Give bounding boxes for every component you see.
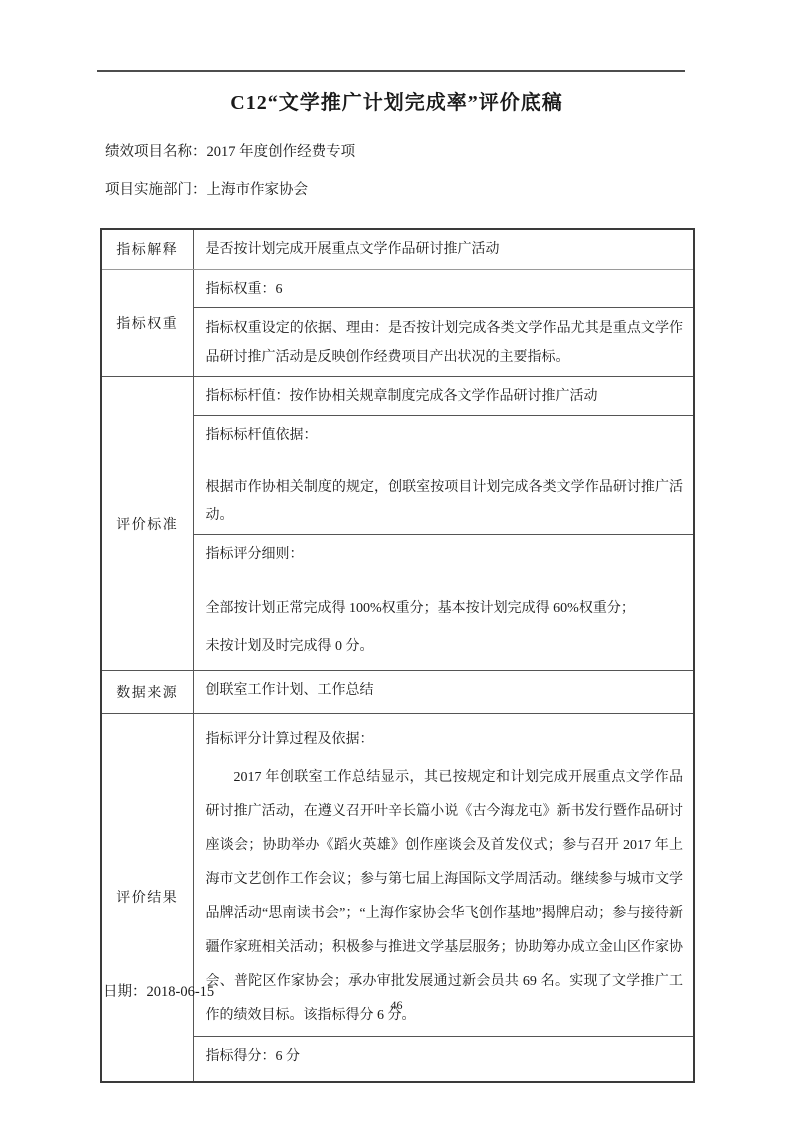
weight-value-cell: 指标权重：6 (193, 269, 694, 308)
project-name-line: 绩效项目名称：2017 年度创作经费专项 (105, 140, 355, 161)
benchmark-basis-body: 根据市作协相关制度的规定，创联室按项目计划完成各类文学作品研讨推广活动。 (206, 474, 684, 530)
indicator-explanation-cell: 是否按计划完成开展重点文学作品研讨推广活动 (193, 229, 694, 269)
header-divider (97, 70, 685, 72)
benchmark-basis-cell: 指标标杆值依据： 根据市作协相关制度的规定，创联室按项目计划完成各类文学作品研讨… (193, 416, 694, 535)
indicator-explanation-text: 是否按计划完成开展重点文学作品研讨推广活动 (206, 237, 684, 264)
page-title: C12“文学推广计划完成率”评价底稿 (0, 86, 793, 115)
row-label-data-source: 数据来源 (101, 670, 193, 713)
table-row: 评价标准 指标标杆值：按作协相关规章制度完成各文学作品研讨推广活动 (101, 377, 694, 416)
department-line: 项目实施部门：上海市作家协会 (105, 178, 308, 199)
scoring-rules-title: 指标评分细则： (206, 542, 684, 569)
weight-basis-cell: 指标权重设定的依据、理由：是否按计划完成各类文学作品尤其是重点文学作品研讨推广活… (193, 308, 694, 377)
scoring-rules-cell: 指标评分细则： 全部按计划正常完成得 100%权重分；基本按计划完成得 60%权… (193, 534, 694, 670)
evaluation-table: 指标解释 是否按计划完成开展重点文学作品研讨推广活动 指标权重 指标权重：6 指… (100, 228, 695, 1083)
data-source-cell: 创联室工作计划、工作总结 (193, 670, 694, 713)
weight-value-text: 指标权重：6 (206, 277, 684, 304)
table-row: 指标解释 是否按计划完成开展重点文学作品研讨推广活动 (101, 229, 694, 269)
scoring-rules-line1: 全部按计划正常完成得 100%权重分；基本按计划完成得 60%权重分； (206, 590, 684, 628)
benchmark-value-cell: 指标标杆值：按作协相关规章制度完成各文学作品研讨推广活动 (193, 377, 694, 416)
result-score-cell: 指标得分：6 分 (193, 1037, 694, 1082)
weight-basis-text: 指标权重设定的依据、理由：是否按计划完成各类文学作品尤其是重点文学作品研讨推广活… (206, 315, 684, 372)
result-score-text: 指标得分：6 分 (206, 1044, 684, 1071)
benchmark-basis-title: 指标标杆值依据： (206, 423, 684, 450)
benchmark-value-text: 指标标杆值：按作协相关规章制度完成各文学作品研讨推广活动 (206, 384, 684, 411)
scoring-rules-line2: 未按计划及时完成得 0 分。 (206, 628, 684, 666)
table-row: 指标权重 指标权重：6 (101, 269, 694, 308)
result-calc-title: 指标评分计算过程及依据： (206, 727, 684, 754)
document-page: C12“文学推广计划完成率”评价底稿 绩效项目名称：2017 年度创作经费专项 … (0, 0, 793, 1122)
result-calc-cell: 指标评分计算过程及依据： 2017 年创联室工作总结显示，其已按规定和计划完成开… (193, 713, 694, 1037)
row-label-criteria: 评价标准 (101, 377, 193, 670)
row-label-result: 评价结果 (101, 713, 193, 1082)
data-source-text: 创联室工作计划、工作总结 (206, 678, 684, 705)
page-number: 46 (0, 998, 793, 1013)
result-calc-body: 2017 年创联室工作总结显示，其已按规定和计划完成开展重点文学作品研讨推广活动… (206, 761, 684, 1032)
row-label-weight: 指标权重 (101, 269, 193, 377)
table-row: 数据来源 创联室工作计划、工作总结 (101, 670, 694, 713)
row-label-explanation: 指标解释 (101, 229, 193, 269)
